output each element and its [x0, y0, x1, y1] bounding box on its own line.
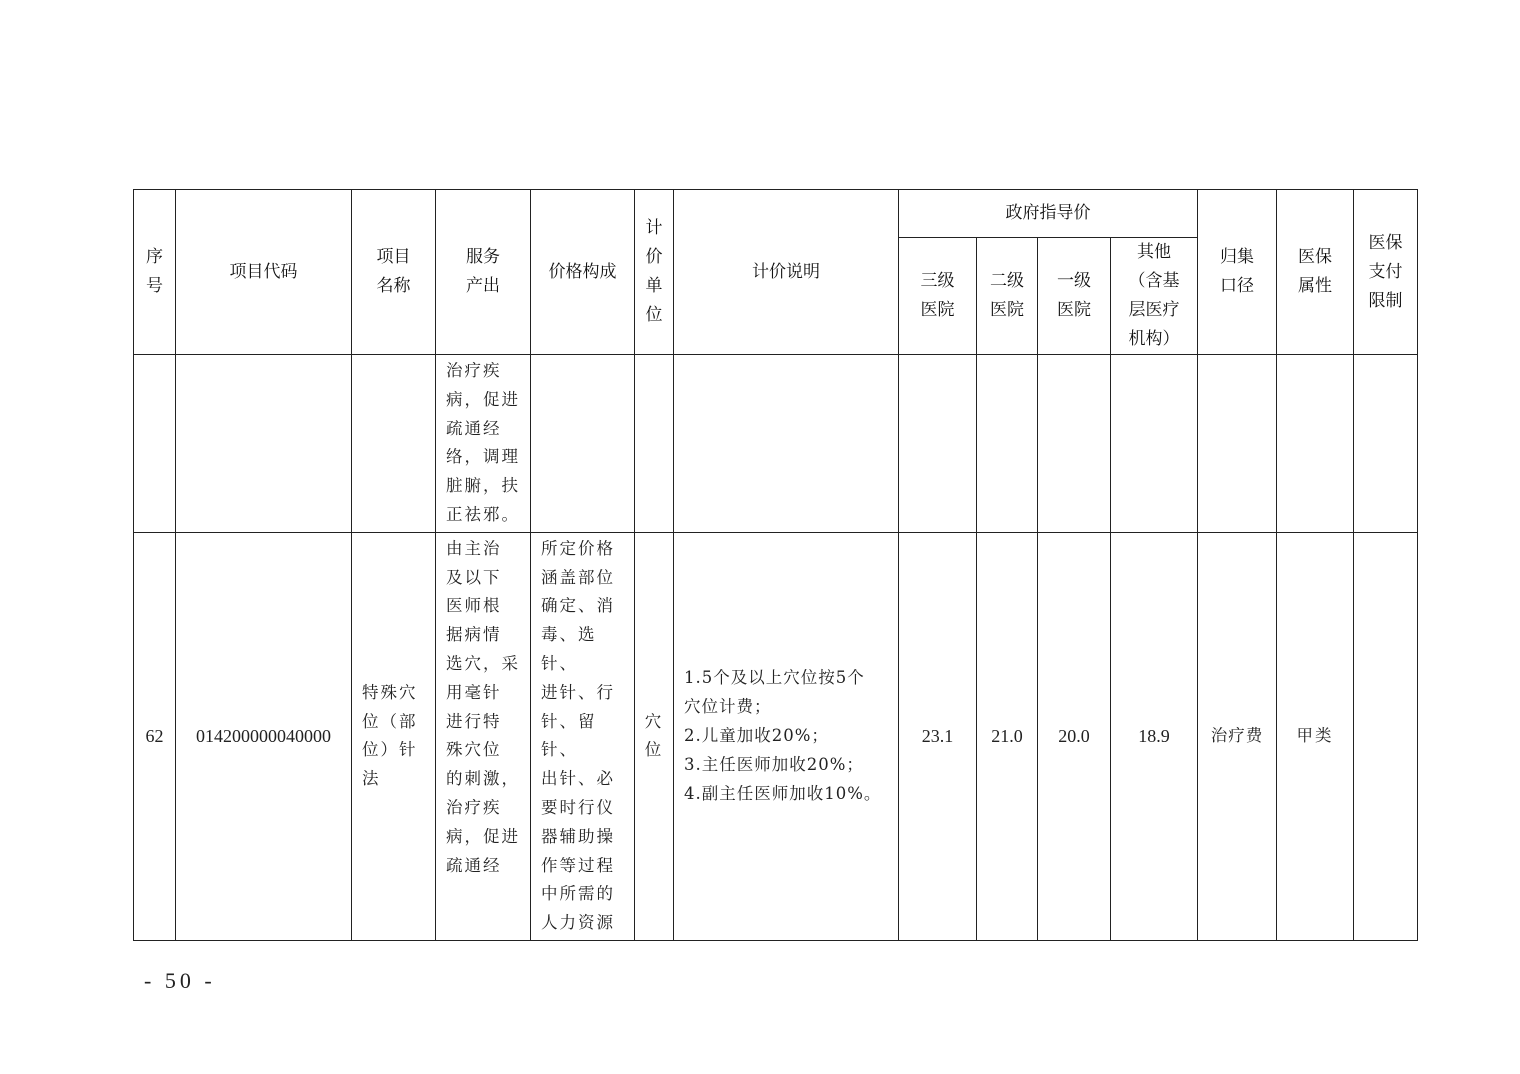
continuation-row: 治疗疾 病，促进 疏通经 络，调理 脏腑，扶 正祛邪。 — [134, 355, 1418, 533]
cell-code: 014200000040000 — [176, 532, 352, 940]
cell-insurance-attr: 甲类 — [1277, 532, 1354, 940]
cell-composition: 所定价格 涵盖部位 确定、消 毒、选针、 进针、行 针、留针、 出针、必 要时行… — [531, 532, 635, 940]
cell-empty — [1111, 355, 1198, 533]
cell-empty — [977, 355, 1038, 533]
cell-pricing-note: 1.5个及以上穴位按5个 穴位计费； 2.儿童加收20%； 3.主任医师加收20… — [674, 532, 899, 940]
cell-name: 特殊穴 位（部 位）针 法 — [352, 532, 436, 940]
cell-empty — [134, 355, 176, 533]
cell-level2-price: 21.0 — [977, 532, 1038, 940]
cell-empty — [531, 355, 635, 533]
header-row-1: 序 号 项目代码 项目 名称 服务 产出 价格构成 计 价 单 位 计价说明 政… — [134, 190, 1418, 238]
cell-level3-price: 23.1 — [899, 532, 977, 940]
cell-seq: 62 — [134, 532, 176, 940]
header-insurance-limit: 医保 支付 限制 — [1354, 190, 1418, 355]
cell-empty — [1277, 355, 1354, 533]
cell-unit: 穴 位 — [635, 532, 674, 940]
header-level3: 三级 医院 — [899, 238, 977, 355]
cell-output: 由主治 及以下 医师根 据病情 选穴，采 用毫针 进行特 殊穴位 的刺激， 治疗… — [436, 532, 531, 940]
cell-insurance-limit — [1354, 532, 1418, 940]
cell-empty — [176, 355, 352, 533]
header-name: 项目 名称 — [352, 190, 436, 355]
header-gov-price: 政府指导价 — [899, 190, 1198, 238]
cell-empty — [899, 355, 977, 533]
cell-empty — [1354, 355, 1418, 533]
cell-empty — [635, 355, 674, 533]
cell-other-price: 18.9 — [1111, 532, 1198, 940]
header-seq: 序 号 — [134, 190, 176, 355]
header-output: 服务 产出 — [436, 190, 531, 355]
cell-level1-price: 20.0 — [1038, 532, 1111, 940]
header-pricing-note: 计价说明 — [674, 190, 899, 355]
header-level1: 一级 医院 — [1038, 238, 1111, 355]
header-category: 归集 口径 — [1198, 190, 1277, 355]
header-unit: 计 价 单 位 — [635, 190, 674, 355]
header-code: 项目代码 — [176, 190, 352, 355]
price-table: 序 号 项目代码 项目 名称 服务 产出 价格构成 计 价 单 位 计价说明 政… — [133, 189, 1418, 941]
header-insurance-attr: 医保 属性 — [1277, 190, 1354, 355]
table-row: 62 014200000040000 特殊穴 位（部 位）针 法 由主治 及以下… — [134, 532, 1418, 940]
header-composition: 价格构成 — [531, 190, 635, 355]
header-level2: 二级 医院 — [977, 238, 1038, 355]
cell-empty — [352, 355, 436, 533]
cell-category: 治疗费 — [1198, 532, 1277, 940]
header-other: 其他 （含基 层医疗 机构） — [1111, 238, 1198, 355]
page-number: - 50 - — [144, 968, 216, 994]
cell-empty — [674, 355, 899, 533]
cell-empty — [1198, 355, 1277, 533]
cell-output-continued: 治疗疾 病，促进 疏通经 络，调理 脏腑，扶 正祛邪。 — [436, 355, 531, 533]
cell-empty — [1038, 355, 1111, 533]
